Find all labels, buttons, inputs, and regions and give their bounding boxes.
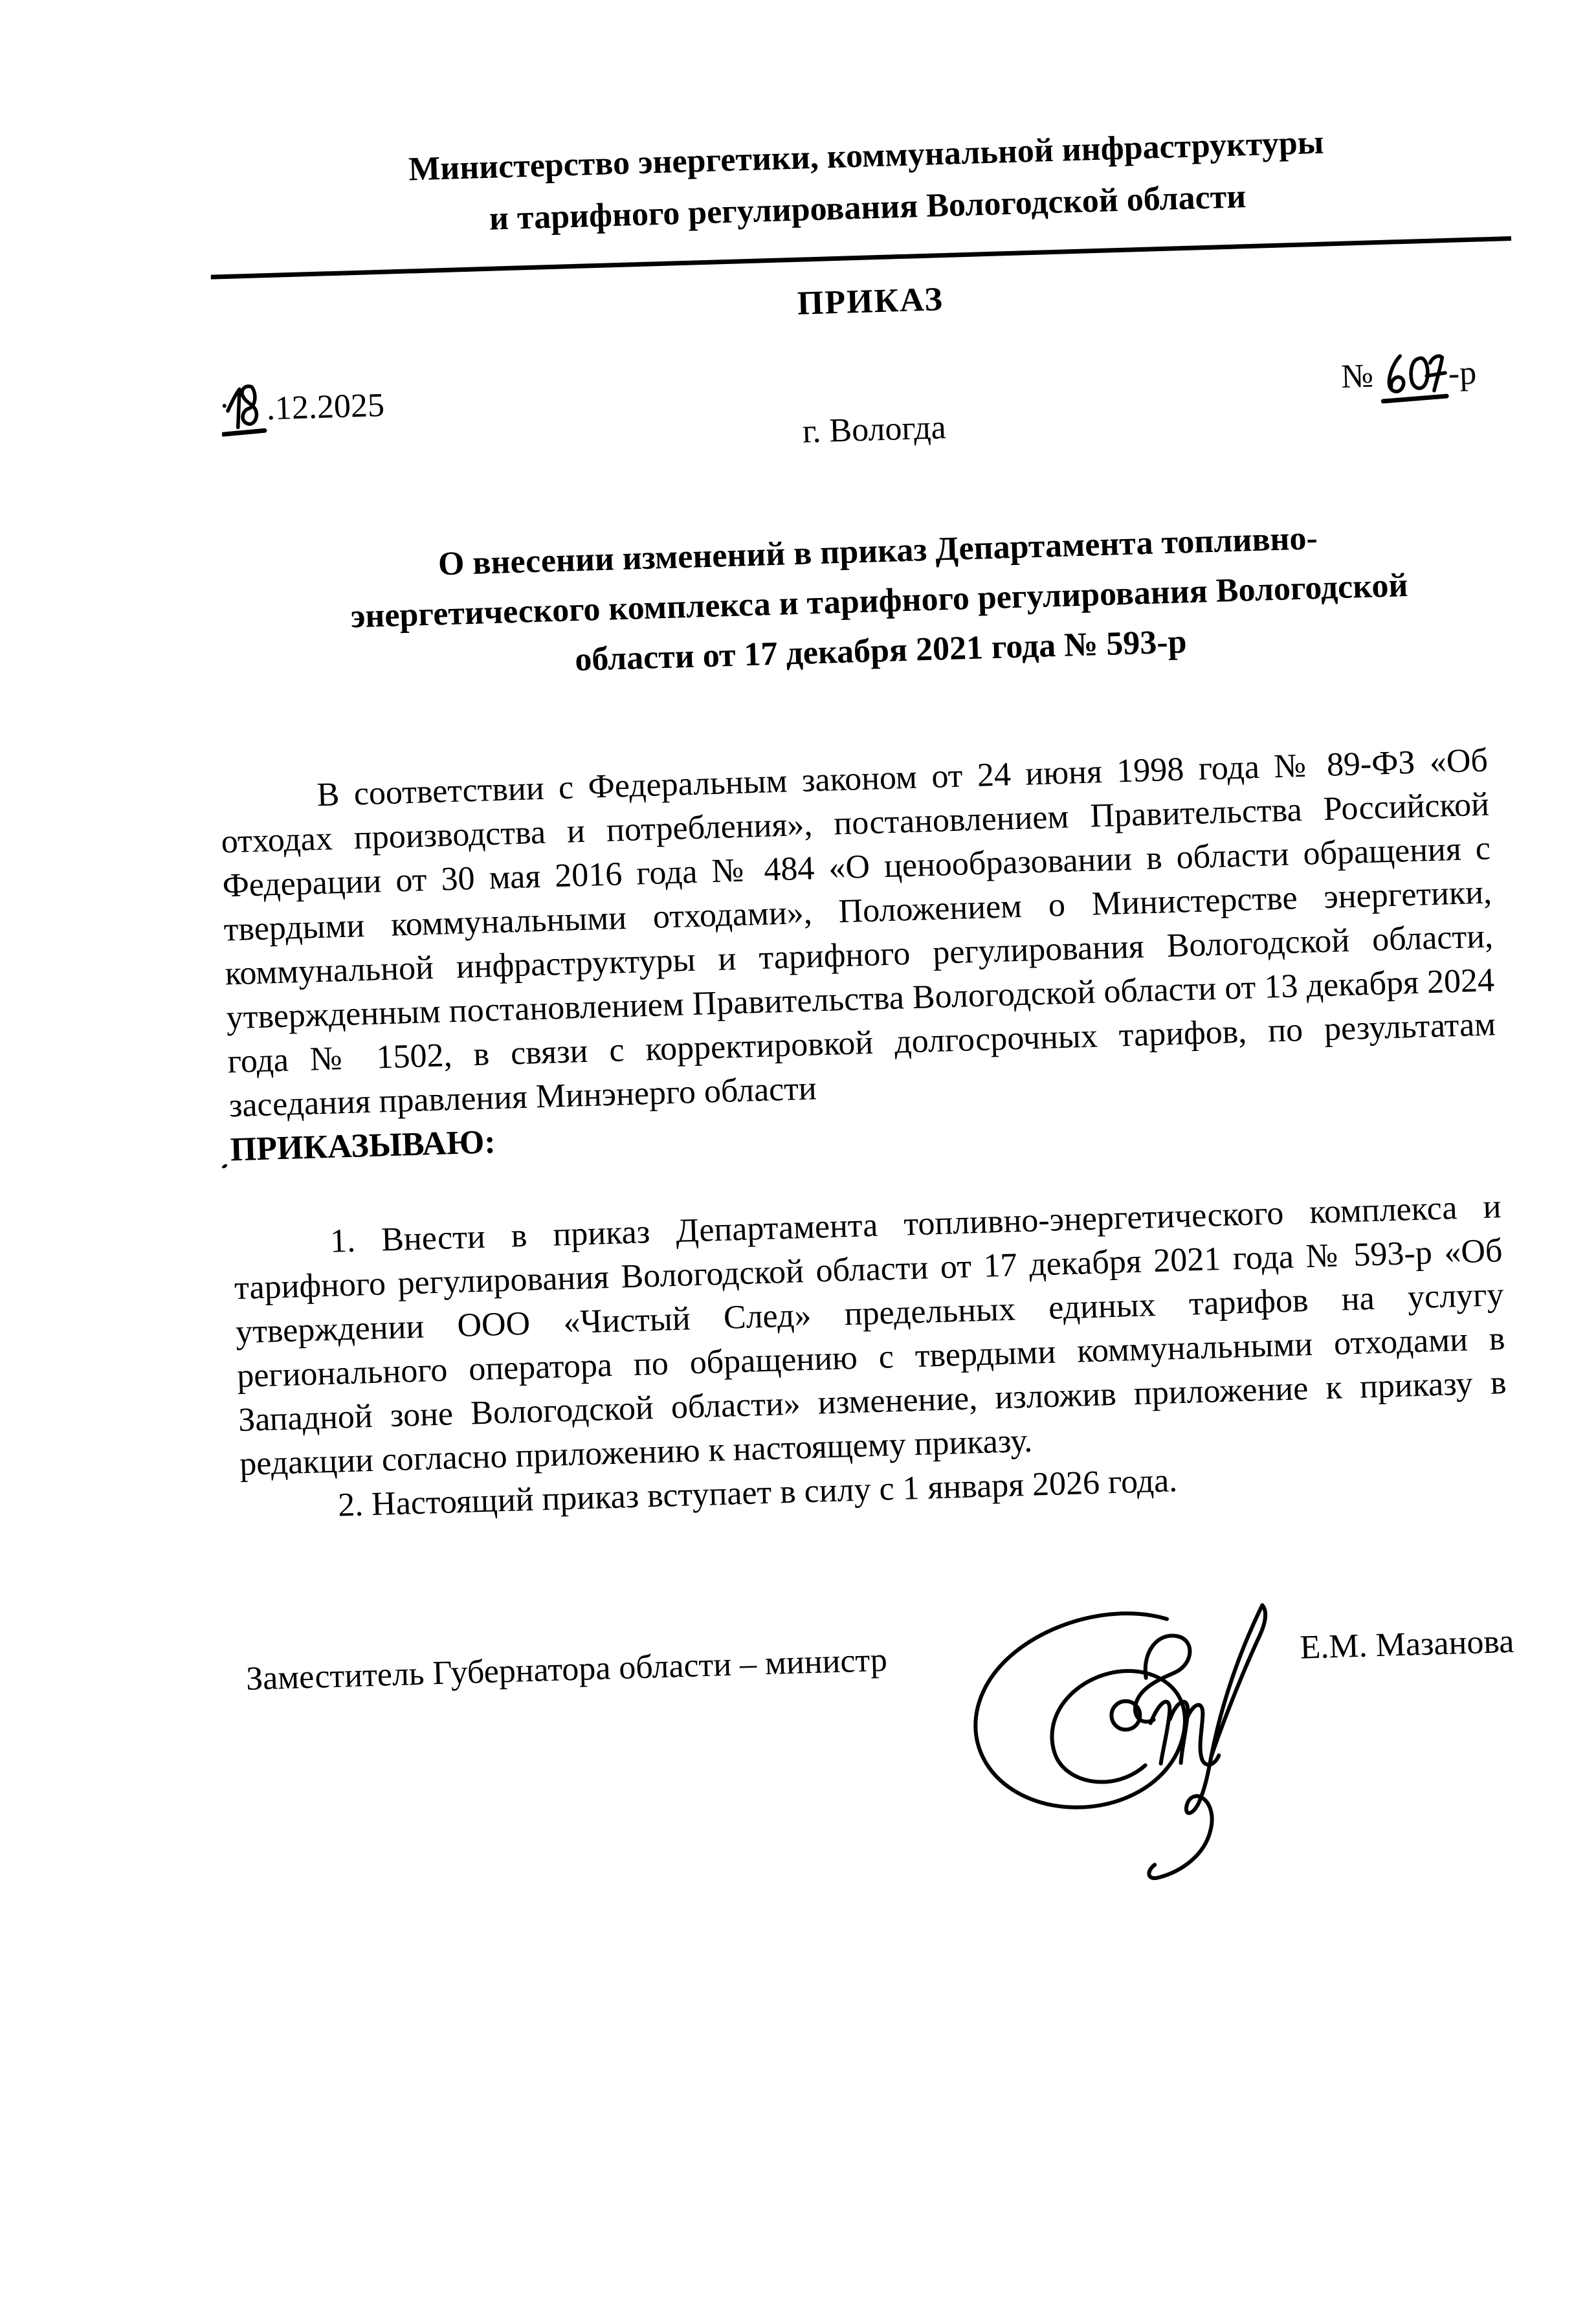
preamble-paragraph: В соответствии с Федеральным законом от … [219,738,1498,1128]
document-content: Министерство энергетики, коммунальной ин… [201,113,1514,1702]
document-number-field: № -р [1340,348,1477,406]
org-header: Министерство энергетики, коммунальной ин… [201,113,1472,254]
handwritten-number-icon [1379,349,1449,405]
date-field: .12.2025 [221,378,385,439]
signature-row: Заместитель Губернатора области – минист… [245,1619,1514,1702]
signer-position-label: Заместитель Губернатора области – минист… [245,1638,888,1702]
number-sign: № [1340,353,1374,406]
handwritten-day-icon [221,381,268,439]
date-printed-part: .12.2025 [266,383,385,438]
number-suffix: -р [1448,351,1478,403]
scanned-order-document: Министерство энергетики, коммунальной ин… [0,0,1596,2300]
scan-speck [221,1164,228,1169]
signer-name: Е.М. Мазанова [1300,1619,1515,1671]
order-item-1: 1. Внести в приказ Департамента топливно… [232,1185,1508,1487]
order-title: О внесении изменений в приказ Департамен… [212,509,1485,696]
